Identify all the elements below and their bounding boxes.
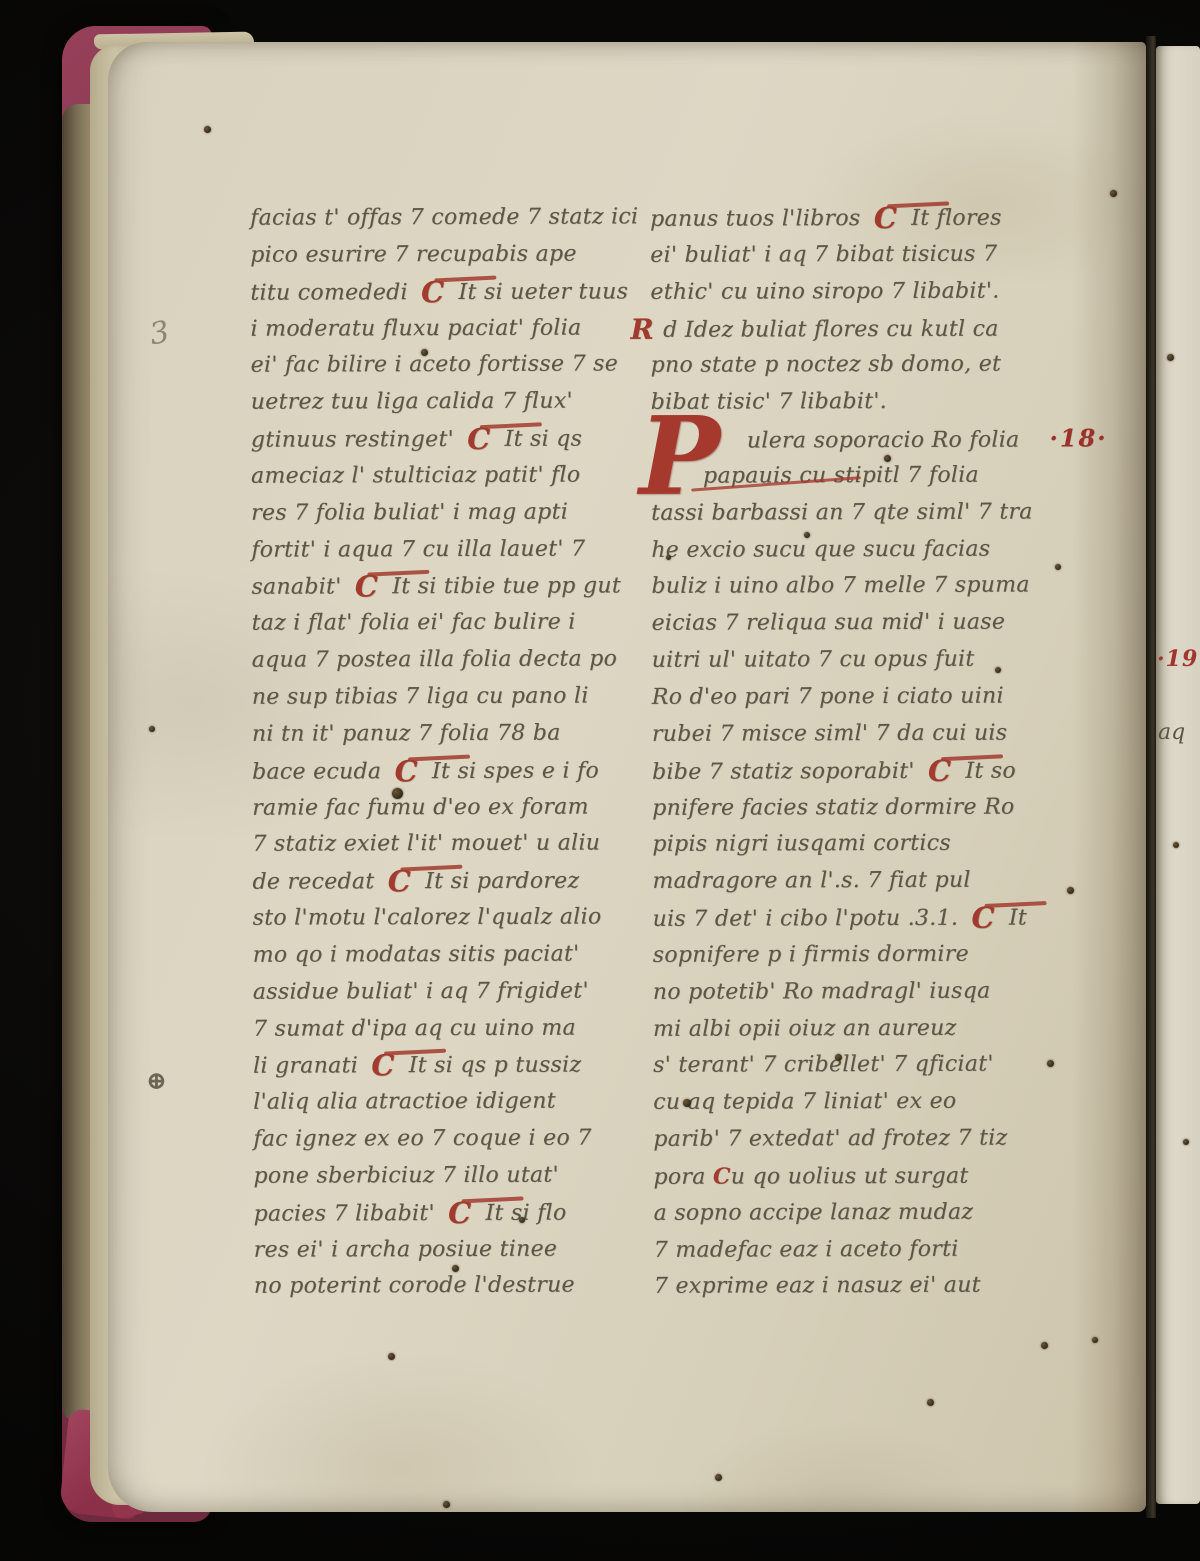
text-line: titu comededi CIt si ueter tuus: [250, 273, 652, 311]
text-segment: It flores: [911, 206, 1002, 231]
text-line: he excio sucu que sucu facias: [651, 531, 1119, 569]
rubric-paragraph-mark: C: [448, 1195, 472, 1232]
text-segment: taz i flat' folia ei' fac bulire i: [252, 610, 576, 636]
text-segment: It si pardorez: [425, 869, 579, 895]
text-line: sanabit' CIt si tibie tue pp gut: [251, 568, 653, 606]
text-line: panus tuos l'libros CIt flores: [650, 199, 1118, 237]
wormhole: [1067, 887, 1074, 894]
text-segment: l'aliq alia atractioe idigent: [253, 1089, 556, 1115]
text-segment: ramie fac fumu d'eo ex foram: [252, 794, 589, 820]
text-segment: buliz i uino albo 7 melle 7 spuma: [651, 573, 1029, 599]
text-segment: de recedat: [252, 869, 381, 894]
wormhole: [421, 349, 428, 356]
text-line: pone sberbiciuz 7 illo utat': [253, 1157, 655, 1195]
text-segment: It si spes e i fo: [432, 758, 599, 784]
text-segment: fortit' i aqua 7 cu illa lauet' 7: [251, 536, 585, 562]
text-segment: It si flo: [485, 1200, 566, 1225]
text-line: buliz i uino albo 7 melle 7 spuma: [651, 568, 1119, 606]
text-line: bibat tisic' 7 libabit'.: [651, 383, 1119, 421]
text-line: papauis cu stipitl 7 folia: [651, 457, 1119, 495]
text-segment: ethic' cu uino siropo 7 libabit'.: [650, 278, 999, 304]
text-line: madragore an l'.s. 7 fiat pul: [652, 862, 1120, 900]
text-segment: It si tibie tue pp gut: [392, 574, 621, 600]
text-line: uitri ul' uitato 7 cu opus fuit: [652, 641, 1120, 679]
text-segment: pipis nigri iusqami cortics: [652, 831, 951, 857]
text-segment: he excio sucu que sucu facias: [651, 536, 990, 562]
text-segment: It si qs: [505, 427, 583, 452]
text-line: Rd Idez buliat flores cu kutl ca: [650, 310, 1118, 348]
text-line: 7 madefac eaz i aceto forti: [654, 1231, 1122, 1269]
text-line: mo qo i modatas sitis paciat': [253, 936, 655, 974]
text-line: bibe 7 statiz soporabit' CIt so: [652, 752, 1120, 790]
text-segment: facias t' offas 7 comede 7 statz ici: [250, 204, 638, 230]
wormhole: [149, 726, 155, 732]
text-segment: no poterint corode l'destrue: [254, 1273, 575, 1299]
rubric-paragraph-mark: C: [874, 200, 898, 237]
text-line: Ro d'eo pari 7 pone i ciato uini: [652, 678, 1120, 716]
text-segment: ni tn it' panuz 7 folia 78 ba: [252, 720, 561, 746]
text-segment: mo qo i modatas sitis paciat': [253, 941, 580, 967]
text-segment: pno state p noctez sb domo, et: [651, 352, 1002, 378]
text-segment: fac ignez ex eo 7 coque i eo 7: [253, 1126, 591, 1152]
rubric-paragraph-mark: C: [928, 752, 952, 789]
text-line: res 7 folia buliat' i mag apti: [251, 494, 653, 532]
text-segment: It si qs p tussiz: [409, 1053, 582, 1079]
text-line: facias t' offas 7 comede 7 statz ici: [250, 199, 652, 237]
rubric-paragraph-mark: C: [971, 900, 995, 937]
text-segment: Ro d'eo pari 7 pone i ciato uini: [652, 684, 1004, 710]
decorated-initial-P: P: [639, 403, 721, 511]
wormhole: [666, 555, 671, 560]
text-line: ei' buliat' i aq 7 bibat tisicus 7: [650, 236, 1118, 274]
text-line: pico esurire 7 recupabis ape: [250, 236, 652, 274]
text-line: mi albi opii oiuz an aureuz: [653, 1010, 1121, 1048]
text-line: bace ecuda CIt si spes e i fo: [252, 752, 654, 790]
rubric-paragraph-mark: C: [467, 421, 491, 458]
rubric-paragraph-mark: C: [395, 753, 419, 790]
gutter-shadow: [1146, 36, 1156, 1518]
text-line: fortit' i aqua 7 cu illa lauet' 7: [251, 531, 653, 569]
text-line: uetrez tuu liga calida 7 flux': [251, 384, 653, 422]
text-segment: ameciaz l' stulticiaz patit' flo: [251, 462, 580, 488]
wormhole: [519, 1217, 525, 1223]
text-line: ei' fac bilire i aceto fortisse 7 se: [251, 347, 653, 385]
text-segment: madragore an l'.s. 7 fiat pul: [652, 868, 970, 894]
right-column: P panus tuos l'libros CIt floresei' buli…: [650, 199, 1122, 1306]
text-line: taz i flat' folia ei' fac bulire i: [251, 605, 653, 643]
text-line: a sopno accipe lanaz mudaz: [654, 1194, 1122, 1232]
left-column: facias t' offas 7 comede 7 statz icipico…: [250, 199, 656, 1306]
text-segment: uis 7 det' i cibo l'potu .3.1.: [653, 906, 966, 932]
text-line: aqua 7 postea illa folia decta po: [252, 641, 654, 679]
chapter-number: ·18·: [1049, 423, 1107, 452]
wormhole: [388, 1353, 395, 1360]
text-segment: pone sberbiciuz 7 illo utat': [253, 1163, 558, 1189]
text-segment: uitri ul' uitato 7 cu opus fuit: [652, 647, 975, 673]
text-segment: s' terant' 7 cribellet' 7 qficiat': [653, 1052, 994, 1078]
wormhole: [1047, 1060, 1054, 1067]
text-segment: bibe 7 statiz soporabit': [652, 759, 922, 785]
text-line: ramie fac fumu d'eo ex foram: [252, 789, 654, 827]
wormhole: [683, 1099, 691, 1107]
text-segment: res ei' i archa posiue tinee: [254, 1236, 558, 1262]
text-segment: li granati: [253, 1054, 365, 1079]
text-line: ne sup tibias 7 liga cu pano li: [252, 678, 654, 716]
text-segment: rubei 7 misce siml' 7 da cui uis: [652, 720, 1007, 746]
text-segment: titu comededi: [250, 280, 415, 306]
rubric-letter: C: [713, 1163, 731, 1189]
text-line: 7 statiz exiet l'it' mouet' u aliu: [252, 826, 654, 864]
wormhole: [1183, 1139, 1189, 1145]
text-segment: no potetib' Ro madragl' iusqa: [653, 978, 991, 1004]
text-segment: cu aq tepida 7 liniat' ex eo: [653, 1089, 956, 1115]
manuscript-photo: { "manuscript": { "description_labels": …: [0, 0, 1200, 1561]
next-page-text: aq: [1158, 720, 1185, 745]
text-line: res ei' i archa posiue tinee: [254, 1231, 656, 1269]
rubric-paragraph-mark: C: [355, 569, 379, 606]
wormhole: [804, 532, 810, 538]
text-segment: ei' buliat' i aq 7 bibat tisicus 7: [650, 241, 997, 267]
wormhole: [927, 1399, 934, 1406]
text-segment: 7 exprime eaz i nasuz ei' aut: [654, 1273, 981, 1299]
text-line: fac ignez ex eo 7 coque i eo 7: [253, 1120, 655, 1158]
wormhole: [1110, 190, 1117, 197]
text-segment: aqua 7 postea illa folia decta po: [252, 647, 618, 673]
rubric-paragraph-mark: C: [388, 863, 412, 900]
text-line: l'aliq alia atractioe idigent: [253, 1084, 655, 1122]
text-line: pipis nigri iusqami cortics: [652, 826, 1120, 864]
text-segment: res 7 folia buliat' i mag apti: [251, 499, 568, 525]
wormhole: [1167, 354, 1174, 361]
rubric-paragraph-mark: C: [421, 274, 445, 311]
wormhole: [884, 455, 891, 462]
text-segment: assidue buliat' i aq 7 frigidet': [253, 978, 589, 1004]
text-line: sopnifere p i firmis dormire: [653, 936, 1121, 974]
text-line: pora Cu qo uolius ut surgat: [653, 1157, 1121, 1195]
rubric-recipe-mark: R: [630, 311, 654, 348]
wormhole: [204, 126, 211, 133]
text-segment: ne sup tibias 7 liga cu pano li: [252, 683, 589, 709]
text-line: pacies 7 libabit' CIt si flo: [254, 1194, 656, 1232]
text-segment: 7 statiz exiet l'it' mouet' u aliu: [252, 831, 600, 857]
text-line: li granati CIt si qs p tussiz: [253, 1047, 655, 1085]
wormhole: [995, 667, 1001, 673]
text-line: sto l'motu l'calorez l'qualz alio: [253, 899, 655, 937]
text-segment: uetrez tuu liga calida 7 flux': [251, 389, 573, 415]
text-segment: d Idez buliat flores cu kutl ca: [663, 316, 999, 342]
text-segment: sopnifere p i firmis dormire: [653, 942, 969, 968]
next-page-chapter-number: ·19·: [1157, 646, 1200, 672]
text-segment: sto l'motu l'calorez l'qualz alio: [253, 905, 602, 931]
wormhole: [1041, 1342, 1048, 1349]
text-line: parib' 7 extedat' ad frotez 7 tiz: [653, 1120, 1121, 1158]
text-segment: i moderatu fluxu paciat' folia: [250, 315, 581, 341]
wormhole: [715, 1474, 722, 1481]
text-line: eicias 7 reliqua sua mid' i uase: [651, 604, 1119, 642]
wormhole: [443, 1501, 450, 1508]
text-segment: sanabit': [251, 575, 348, 600]
text-segment: pnifere facies statiz dormire Ro: [652, 794, 1014, 820]
text-segment: panus tuos l'libros: [650, 206, 868, 232]
text-line: uis 7 det' i cibo l'potu .3.1. CIt: [653, 899, 1121, 937]
text-line: i moderatu fluxu paciat' folia: [250, 310, 652, 348]
text-line: cu aq tepida 7 liniat' ex eo: [653, 1083, 1121, 1121]
wormhole: [452, 1265, 459, 1272]
text-segment: ei' fac bilire i aceto fortisse 7 se: [251, 352, 619, 378]
text-line: rubei 7 misce siml' 7 da cui uis: [652, 715, 1120, 753]
text-segment: a sopno accipe lanaz mudaz: [654, 1199, 974, 1225]
wormhole: [1173, 842, 1179, 848]
text-segment: It: [1009, 906, 1027, 931]
text-segment: 7 madefac eaz i aceto forti: [654, 1236, 959, 1262]
text-segment: gtinuus restinget': [251, 427, 461, 453]
text-line: no poterint corode l'destrue: [254, 1268, 656, 1306]
rubric-paragraph-mark: C: [371, 1048, 395, 1085]
wormhole: [1092, 1337, 1098, 1343]
wormhole: [835, 1054, 842, 1061]
text-segment: It so: [965, 758, 1016, 783]
text-line: pnifere facies statiz dormire Ro: [652, 789, 1120, 827]
text-line: gtinuus restinget' CIt si qs: [251, 420, 653, 458]
text-line: pno state p noctez sb domo, et: [651, 347, 1119, 385]
margin-monogram: ⊕: [146, 1066, 167, 1095]
wormhole: [392, 788, 403, 799]
text-line: no potetib' Ro madragl' iusqa: [653, 973, 1121, 1011]
text-segment: pico esurire 7 recupabis ape: [250, 241, 577, 267]
text-segment: mi albi opii oiuz an aureuz: [653, 1015, 957, 1041]
text-line: 7 sumat d'ipa aq cu uino ma: [253, 1010, 655, 1048]
text-segment: pora: [653, 1165, 713, 1190]
text-segment: It si ueter tuus: [458, 279, 628, 305]
text-segment: ulera soporacio Ro folia: [747, 428, 1020, 454]
text-line: assidue buliat' i aq 7 frigidet': [253, 973, 655, 1011]
text-segment: 7 sumat d'ipa aq cu uino ma: [253, 1015, 576, 1041]
text-line: tassi barbassi an 7 qte siml' 7 tra: [651, 494, 1119, 532]
text-line: ameciaz l' stulticiaz patit' flo: [251, 457, 653, 495]
text-line: de recedat CIt si pardorez: [252, 862, 654, 900]
text-segment: parib' 7 extedat' ad frotez 7 tiz: [653, 1126, 1007, 1152]
text-segment: eicias 7 reliqua sua mid' i uase: [652, 610, 1006, 636]
text-line: ni tn it' panuz 7 folia 78 ba: [252, 715, 654, 753]
text-segment: u qo uolius ut surgat: [731, 1164, 969, 1190]
wormhole: [1055, 564, 1061, 570]
next-page-fore-edge: [1156, 46, 1200, 1504]
text-segment: bace ecuda: [252, 759, 389, 784]
text-segment: pacies 7 libabit': [254, 1201, 443, 1227]
text-line: 7 exprime eaz i nasuz ei' aut: [654, 1268, 1122, 1306]
text-line: ulera soporacio Ro folia·18·: [651, 420, 1119, 458]
text-line: ethic' cu uino siropo 7 libabit'.: [650, 273, 1118, 311]
